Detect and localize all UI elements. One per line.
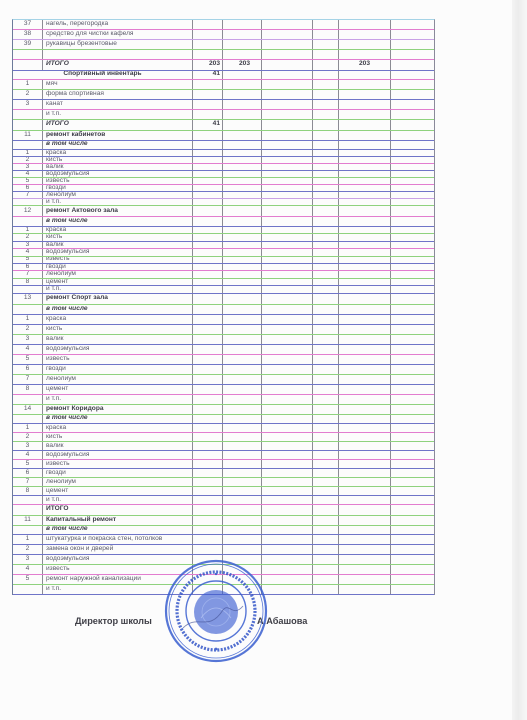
value-col-3 [262, 249, 313, 255]
value-col-1 [193, 395, 223, 404]
value-col-3 [262, 171, 313, 177]
value-col-3 [262, 487, 313, 495]
value-col-4 [313, 286, 339, 292]
value-col-5 [339, 487, 391, 495]
value-col-2 [223, 217, 262, 226]
value-col-6 [391, 217, 434, 226]
value-col-6 [391, 150, 434, 156]
value-col-4 [313, 141, 339, 150]
value-col-3 [262, 442, 313, 450]
value-col-4 [313, 325, 339, 334]
table-row: 8цемент [13, 385, 434, 395]
value-col-2 [223, 164, 262, 170]
value-col-2 [223, 335, 262, 344]
row-number: 7 [13, 192, 43, 198]
value-col-3 [262, 516, 313, 525]
value-col-5 [339, 516, 391, 525]
value-col-5 [339, 535, 391, 544]
value-col-4 [313, 555, 339, 564]
item-name: известь [43, 257, 193, 263]
official-stamp-icon [163, 558, 269, 664]
value-col-5 [339, 141, 391, 150]
item-name: ремонт Спорт зала [43, 294, 193, 304]
row-number: 37 [13, 20, 43, 29]
value-col-6 [391, 185, 434, 191]
value-col-6 [391, 60, 434, 70]
value-col-2 [223, 192, 262, 198]
value-col-3 [262, 325, 313, 334]
value-col-1 [193, 80, 223, 89]
value-col-2 [223, 315, 262, 324]
value-col-6 [391, 516, 434, 525]
value-col-3 [262, 110, 313, 119]
value-col-4 [313, 585, 339, 594]
table-row: 1штукатурка и покраска стен, потолков [13, 535, 434, 545]
value-col-2 [223, 178, 262, 184]
value-col-1 [193, 217, 223, 226]
value-col-4 [313, 80, 339, 89]
value-col-5 [339, 395, 391, 404]
item-name: и т.п. [43, 286, 193, 292]
value-col-3 [262, 355, 313, 364]
item-name: кисть [43, 433, 193, 441]
value-col-5 [339, 545, 391, 554]
value-col-5 [339, 433, 391, 441]
value-col-5 [339, 164, 391, 170]
value-col-3 [262, 433, 313, 441]
table-row: ИТОГО [13, 505, 434, 516]
table-row: в том числе [13, 526, 434, 536]
row-number: 2 [13, 433, 43, 441]
value-col-2 [223, 355, 262, 364]
row-number: 4 [13, 171, 43, 177]
value-col-2 [223, 227, 262, 233]
value-col-3 [262, 505, 313, 515]
value-col-6 [391, 565, 434, 574]
row-number [13, 526, 43, 535]
value-col-6 [391, 131, 434, 140]
value-col-3 [262, 71, 313, 80]
value-col-1 [193, 469, 223, 477]
row-number [13, 60, 43, 70]
value-col-5 [339, 131, 391, 140]
value-col-2 [223, 478, 262, 486]
value-col-6 [391, 157, 434, 163]
value-col-4 [313, 30, 339, 39]
value-col-4 [313, 424, 339, 432]
item-name: ленолиум [43, 192, 193, 198]
value-col-6 [391, 120, 434, 130]
value-col-6 [391, 100, 434, 109]
value-col-1 [193, 279, 223, 285]
value-col-3 [262, 286, 313, 292]
item-name: кисть [43, 325, 193, 334]
value-col-2 [223, 433, 262, 441]
row-number: 5 [13, 575, 43, 584]
table-row: и т.п. [13, 496, 434, 505]
value-col-1 [193, 110, 223, 119]
value-col-3 [262, 234, 313, 240]
value-col-1: 41 [193, 120, 223, 130]
value-col-2 [223, 234, 262, 240]
value-col-2 [223, 365, 262, 374]
table-row: и т.п. [13, 110, 434, 120]
table-row: 6гвозди [13, 264, 434, 271]
value-col-5 [339, 30, 391, 39]
row-number: 7 [13, 478, 43, 486]
value-col-2 [223, 131, 262, 140]
value-col-2 [223, 20, 262, 29]
value-col-1 [193, 545, 223, 554]
value-col-6 [391, 442, 434, 450]
row-number [13, 141, 43, 150]
value-col-4 [313, 535, 339, 544]
table-row: 1краска [13, 424, 434, 433]
value-col-3 [262, 192, 313, 198]
value-col-4 [313, 415, 339, 424]
value-col-1: 203 [193, 60, 223, 70]
value-col-4 [313, 545, 339, 554]
value-col-1 [193, 30, 223, 39]
item-name: Спортивный инвентарь [13, 71, 193, 80]
item-name: рукавицы брезентовые [43, 40, 193, 49]
value-col-3 [262, 264, 313, 270]
value-col-4 [313, 433, 339, 441]
value-col-3 [262, 217, 313, 226]
table-row: 11ремонт кабинетов [13, 131, 434, 141]
value-col-3 [262, 575, 313, 584]
table-row: 2форма спортивная [13, 90, 434, 100]
row-number [13, 415, 43, 424]
table-row: 1мяч [13, 80, 434, 90]
value-col-2 [223, 264, 262, 270]
row-number: 4 [13, 345, 43, 354]
row-number: 13 [13, 294, 43, 304]
value-col-1 [193, 227, 223, 233]
value-col-4 [313, 90, 339, 99]
value-col-3 [262, 496, 313, 504]
value-col-1 [193, 264, 223, 270]
item-name: ремонт кабинетов [43, 131, 193, 140]
value-col-5 [339, 565, 391, 574]
table-row: ИТОГО203203203 [13, 60, 434, 71]
value-col-1 [193, 185, 223, 191]
value-col-4 [313, 178, 339, 184]
value-col-4 [313, 71, 339, 80]
value-col-1 [193, 315, 223, 324]
value-col-4 [313, 279, 339, 285]
value-col-6 [391, 199, 434, 205]
item-name: гвозди [43, 264, 193, 270]
value-col-2 [223, 157, 262, 163]
value-col-6 [391, 385, 434, 394]
table-row: в том числе [13, 141, 434, 151]
value-col-2 [223, 415, 262, 424]
value-col-3 [262, 120, 313, 130]
value-col-3 [262, 150, 313, 156]
item-name: и т.п. [43, 496, 193, 504]
value-col-5 [339, 192, 391, 198]
table-row: 1краска [13, 150, 434, 157]
value-col-4 [313, 365, 339, 374]
value-col-1 [193, 325, 223, 334]
item-name: ИТОГО [43, 505, 193, 515]
value-col-2 [223, 375, 262, 384]
value-col-1 [193, 451, 223, 459]
value-col-1 [193, 487, 223, 495]
row-number [13, 585, 43, 594]
value-col-2 [223, 405, 262, 414]
item-name: цемент [43, 385, 193, 394]
table-row: в том числе [13, 217, 434, 227]
value-col-4 [313, 192, 339, 198]
value-col-4 [313, 60, 339, 70]
value-col-4 [313, 526, 339, 535]
item-name: водоэмульсия [43, 171, 193, 177]
table-row: 12ремонт Актового зала [13, 206, 434, 217]
row-number [13, 110, 43, 119]
value-col-4 [313, 375, 339, 384]
value-col-5 [339, 110, 391, 119]
row-number [13, 395, 43, 404]
item-name: нагель, перегородка [43, 20, 193, 29]
value-col-1 [193, 171, 223, 177]
table-row: 2кисть [13, 234, 434, 241]
value-col-6 [391, 487, 434, 495]
table-row: 3валик [13, 164, 434, 171]
value-col-5 [339, 100, 391, 109]
value-col-6 [391, 365, 434, 374]
item-name: ИТОГО [43, 120, 193, 130]
value-col-4 [313, 206, 339, 216]
value-col-2 [223, 286, 262, 292]
value-col-6 [391, 433, 434, 441]
value-col-4 [313, 442, 339, 450]
item-name: в том числе [43, 526, 193, 535]
value-col-1 [193, 516, 223, 525]
value-col-4 [313, 460, 339, 468]
value-col-5 [339, 496, 391, 504]
table-row: 5известь [13, 178, 434, 185]
value-col-5 [339, 264, 391, 270]
value-col-1 [193, 234, 223, 240]
item-name: валик [43, 442, 193, 450]
value-col-1 [193, 460, 223, 468]
value-col-6 [391, 271, 434, 277]
value-col-1 [193, 365, 223, 374]
value-col-6 [391, 71, 434, 80]
value-col-3 [262, 365, 313, 374]
table-row: 3валик [13, 242, 434, 249]
value-col-2 [223, 505, 262, 515]
table-row: 4водоэмульсия [13, 249, 434, 256]
value-col-4 [313, 315, 339, 324]
item-name: известь [43, 355, 193, 364]
value-col-2 [223, 385, 262, 394]
row-number [13, 199, 43, 205]
value-col-2 [223, 460, 262, 468]
row-number: 5 [13, 257, 43, 263]
value-col-1 [193, 505, 223, 515]
value-col-3 [262, 185, 313, 191]
value-col-5 [339, 424, 391, 432]
value-col-4 [313, 264, 339, 270]
value-col-5 [339, 315, 391, 324]
value-col-3 [262, 271, 313, 277]
item-name: кисть [43, 234, 193, 240]
value-col-3 [262, 315, 313, 324]
value-col-5 [339, 185, 391, 191]
row-number: 7 [13, 375, 43, 384]
value-col-6 [391, 192, 434, 198]
table-row: 37нагель, перегородка [13, 20, 434, 30]
value-col-5 [339, 217, 391, 226]
value-col-2 [223, 50, 262, 59]
value-col-2 [223, 545, 262, 554]
value-col-2 [223, 90, 262, 99]
row-number: 1 [13, 535, 43, 544]
row-number [13, 217, 43, 226]
item-name: и т.п. [43, 110, 193, 119]
value-col-1 [193, 335, 223, 344]
table-row: 11Капитальный ремонт [13, 516, 434, 526]
table-row: 1краска [13, 315, 434, 325]
item-name: ремонт Актового зала [43, 206, 193, 216]
value-col-3 [262, 20, 313, 29]
value-col-1 [193, 164, 223, 170]
value-col-5 [339, 171, 391, 177]
table-row: 8цемент [13, 279, 434, 286]
item-name: и т.п. [43, 199, 193, 205]
value-col-4 [313, 478, 339, 486]
item-name: замена окон и дверей [43, 545, 193, 554]
row-number: 8 [13, 279, 43, 285]
value-col-3 [262, 141, 313, 150]
value-col-6 [391, 164, 434, 170]
value-col-5 [339, 505, 391, 515]
value-col-6 [391, 424, 434, 432]
value-col-4 [313, 451, 339, 459]
value-col-5 [339, 206, 391, 216]
value-col-6 [391, 345, 434, 354]
value-col-1 [193, 478, 223, 486]
value-col-2 [223, 424, 262, 432]
value-col-4 [313, 257, 339, 263]
row-number: 11 [13, 131, 43, 140]
value-col-6 [391, 206, 434, 216]
table-row: 13ремонт Спорт зала [13, 294, 434, 305]
value-col-4 [313, 110, 339, 119]
value-col-1 [193, 345, 223, 354]
value-col-4 [313, 487, 339, 495]
value-col-5 [339, 120, 391, 130]
value-col-4 [313, 217, 339, 226]
value-col-1 [193, 271, 223, 277]
value-col-4 [313, 294, 339, 304]
value-col-4 [313, 242, 339, 248]
table-row: 5известь [13, 355, 434, 365]
value-col-1 [193, 294, 223, 304]
item-name: краска [43, 424, 193, 432]
row-number: 1 [13, 315, 43, 324]
item-name: форма спортивная [43, 90, 193, 99]
value-col-6 [391, 496, 434, 504]
table-row: 39рукавицы брезентовые [13, 40, 434, 50]
table-row: 1краска [13, 227, 434, 234]
value-col-4 [313, 335, 339, 344]
value-col-6 [391, 505, 434, 515]
value-col-3 [262, 199, 313, 205]
row-number: 5 [13, 355, 43, 364]
value-col-3 [262, 30, 313, 39]
value-col-1 [193, 526, 223, 535]
value-col-3 [262, 405, 313, 414]
value-col-6 [391, 305, 434, 314]
row-number: 12 [13, 206, 43, 216]
value-col-2 [223, 395, 262, 404]
item-name [43, 50, 193, 59]
value-col-5 [339, 178, 391, 184]
row-number: 14 [13, 405, 43, 414]
value-col-6 [391, 478, 434, 486]
value-col-5 [339, 90, 391, 99]
table-row: 5известь [13, 257, 434, 264]
table-row: Спортивный инвентарь41 [13, 71, 434, 81]
item-name: в том числе [43, 217, 193, 226]
item-name: цемент [43, 487, 193, 495]
value-col-6 [391, 585, 434, 594]
item-name: средство для чистки кафеля [43, 30, 193, 39]
row-number: 6 [13, 185, 43, 191]
table-row: и т.п. [13, 286, 434, 293]
value-col-6 [391, 249, 434, 255]
value-col-4 [313, 565, 339, 574]
row-number: 39 [13, 40, 43, 49]
value-col-1 [193, 405, 223, 414]
value-col-4 [313, 345, 339, 354]
value-col-3 [262, 535, 313, 544]
value-col-5 [339, 40, 391, 49]
value-col-5 [339, 234, 391, 240]
value-col-2 [223, 100, 262, 109]
row-number: 1 [13, 80, 43, 89]
value-col-2 [223, 171, 262, 177]
value-col-1 [193, 141, 223, 150]
value-col-5 [339, 150, 391, 156]
value-col-4 [313, 469, 339, 477]
row-number: 5 [13, 460, 43, 468]
value-col-4 [313, 131, 339, 140]
table-row: 7ленолиум [13, 478, 434, 487]
value-col-6 [391, 526, 434, 535]
table-row: 2кисть [13, 325, 434, 335]
table-row: 5известь [13, 460, 434, 469]
value-col-3 [262, 385, 313, 394]
row-number [13, 50, 43, 59]
value-col-1 [193, 415, 223, 424]
item-name: краска [43, 150, 193, 156]
value-col-5 [339, 469, 391, 477]
value-col-3 [262, 242, 313, 248]
row-number [13, 505, 43, 515]
value-col-4 [313, 405, 339, 414]
table-row: 4водоэмульсия [13, 171, 434, 178]
value-col-6 [391, 257, 434, 263]
value-col-4 [313, 355, 339, 364]
row-number: 3 [13, 442, 43, 450]
value-col-3 [262, 545, 313, 554]
value-col-1 [193, 424, 223, 432]
